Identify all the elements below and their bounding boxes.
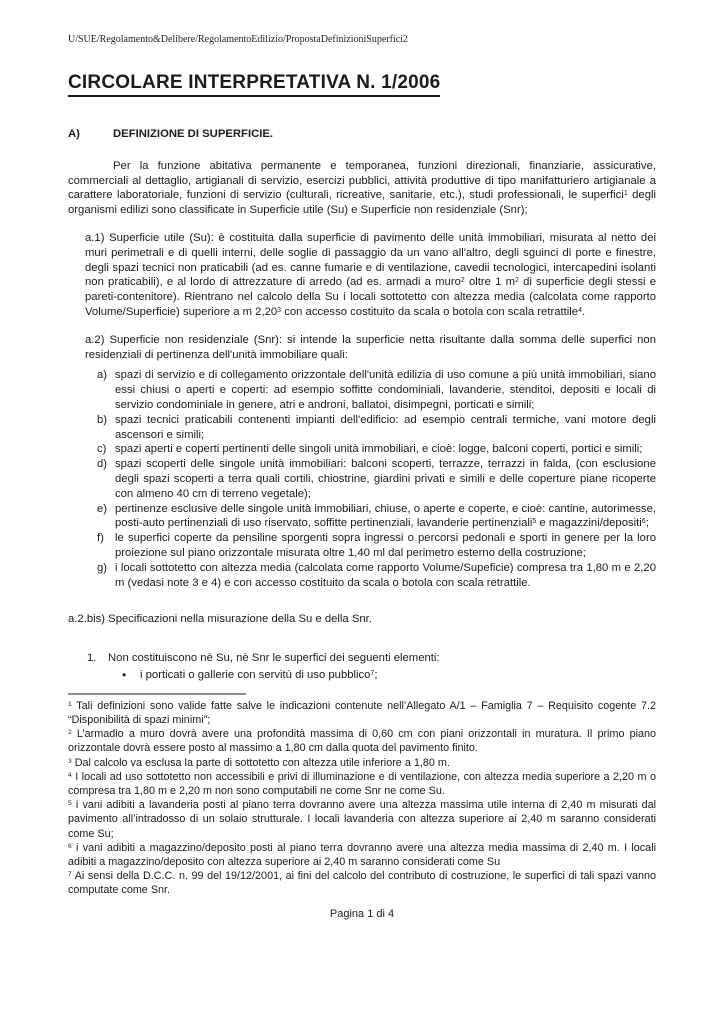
footnote-5: 5 i vani adibiti a lavanderia posti al p… [68,798,656,841]
paragraph-a2bis: a.2.bis) Specificazioni nella misurazion… [68,612,656,627]
bullet-item: • i porticati o gallerie con servitù di … [68,668,656,683]
paragraph-a1-superficie-utile: a.1) Superficie utile (Su): è costituita… [85,231,656,320]
list-marker: d) [97,457,107,472]
section-a-label: A) [68,127,113,142]
list-item-c: c) spazi aperti e coperti pertinenti del… [68,442,656,457]
footnote-text: Ai sensi della D.C.C. n. 99 del 19/12/20… [68,870,656,896]
footnote-number: 2 [68,729,72,736]
bullet-item-text: i porticati o gallerie con servitù di us… [140,669,378,681]
list-item-f: f) le superfici coperte da pensiline spo… [68,531,656,561]
page-number-footer: Pagina 1 di 4 [68,907,656,922]
footnote-text: L’armadio a muro dovrà avere una profond… [68,728,656,754]
section-a-heading: A) DEFINIZIONE DI SUPERFICIE. [68,127,656,142]
list-marker: g) [97,561,107,576]
list-item-d: d) spazi scoperti delle singole unità im… [68,457,656,501]
list-item-text: spazi scoperti delle singole unità immob… [115,458,656,500]
list-marker: e) [97,502,107,517]
definition-list: a) spazi di servizio e di collegamento o… [68,368,656,590]
list-item-text: spazi tecnici praticabili contenenti imp… [115,414,656,441]
footnote-separator [68,693,246,695]
footnote-number: 7 [68,871,72,878]
footnote-number: 3 [68,758,72,765]
list-item-text: spazi aperti e coperti pertinenti delle … [115,443,642,455]
list-item-e: e) pertinenze esclusive delle singole un… [68,502,656,532]
footnote-2: 2 L’armadio a muro dovrà avere una profo… [68,727,656,755]
footnote-6: 6 i vani adibiti a magazzino/deposito po… [68,841,656,869]
title-row: CIRCOLARE INTERPRETATIVA N. 1/2006 [68,46,656,97]
section-a-heading-text: DEFINIZIONE DI SUPERFICIE. [113,127,273,142]
list-item-text: i locali sottotetto con altezza media (c… [115,562,656,589]
footnote-4: 4 I locali ad uso sottotetto non accessi… [68,770,656,798]
footnote-number: 1 [68,701,72,708]
page-title: CIRCOLARE INTERPRETATIVA N. 1/2006 [68,72,440,97]
document-page: U/SUE/Regolamento&Delibere/RegolamentoEd… [0,0,724,1024]
list-marker: c) [97,442,106,457]
footnote-text: Tali definizioni sono valide fatte salve… [68,700,656,726]
footnote-text: Dal calcolo va esclusa la parte di sotto… [72,757,450,769]
list-item-a: a) spazi di servizio e di collegamento o… [68,368,656,412]
footnote-number: 6 [68,843,72,850]
footnote-text: i vani adibiti a magazzino/deposito post… [68,842,656,868]
list-marker: f) [97,531,104,546]
footnotes-block: 1 Tali definizioni sono valide fatte sal… [68,699,656,898]
footnote-3: 3 Dal calcolo va esclusa la parte di sot… [68,756,656,770]
numbered-item-1: 1. Non costituiscono nè Su, nè Snr le su… [68,651,656,666]
footnote-1: 1 Tali definizioni sono valide fatte sal… [68,699,656,727]
footnote-7: 7 Ai sensi della D.C.C. n. 99 del 19/12/… [68,869,656,897]
list-item-text: spazi di servizio e di collegamento oriz… [115,369,656,411]
list-marker: a) [97,368,107,383]
bullet-icon: • [122,668,126,683]
list-item-text: pertinenze esclusive delle singole unità… [115,503,656,530]
document-path: U/SUE/Regolamento&Delibere/RegolamentoEd… [68,34,656,46]
list-item-b: b) spazi tecnici praticabili contenenti … [68,413,656,443]
footnote-text: I locali ad uso sottotetto non accessibi… [68,771,656,797]
paragraph-intro: Per la funzione abitativa permanente e t… [68,159,656,218]
footnote-number: 4 [68,772,72,779]
list-item-text: le superfici coperte da pensiline sporge… [115,532,656,559]
list-item-g: g) i locali sottotetto con altezza media… [68,561,656,591]
numbered-item-text: Non costituiscono nè Su, nè Snr le super… [108,652,440,664]
numbered-marker: 1. [87,651,96,666]
footnote-number: 5 [68,800,72,807]
footnote-text: i vani adibiti a lavanderia posti al pia… [68,799,656,839]
list-marker: b) [97,413,107,428]
paragraph-a2-superficie-non-residenziale: a.2) Superficie non residenziale (Snr): … [85,333,656,363]
